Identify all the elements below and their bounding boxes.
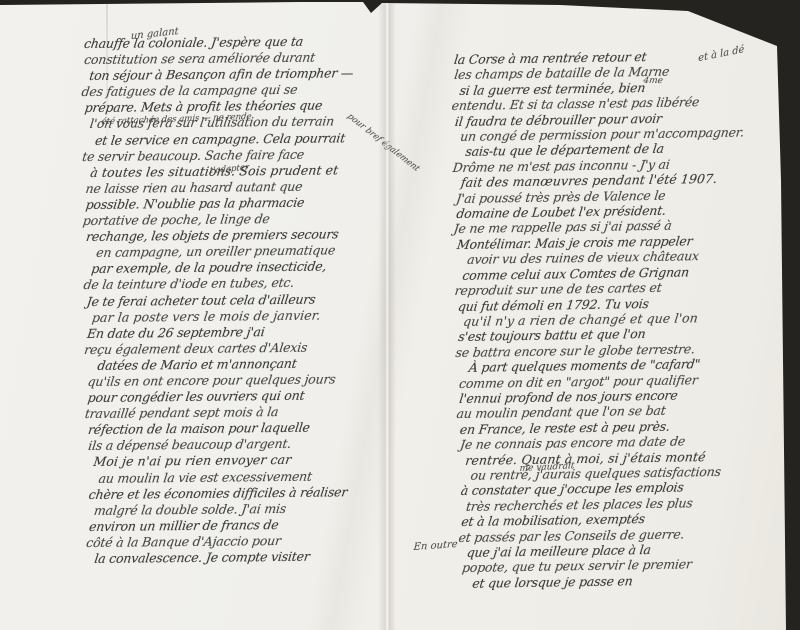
paper-spread: chauffe la coloniale. J'espère que tacon… bbox=[0, 0, 800, 630]
letter-page-right: la Corse à ma rentrée retour etles champ… bbox=[386, 0, 800, 630]
handwritten-line: la convalescence. Je compte visiter bbox=[93, 548, 398, 567]
letter-scan: chauffe la coloniale. J'espère que tacon… bbox=[0, 0, 800, 630]
letter-page-left: chauffe la coloniale. J'espère que tacon… bbox=[0, 0, 386, 630]
interline-note: 4me bbox=[643, 76, 664, 86]
handwriting-right: la Corse à ma rentrée retour etles champ… bbox=[454, 47, 800, 591]
